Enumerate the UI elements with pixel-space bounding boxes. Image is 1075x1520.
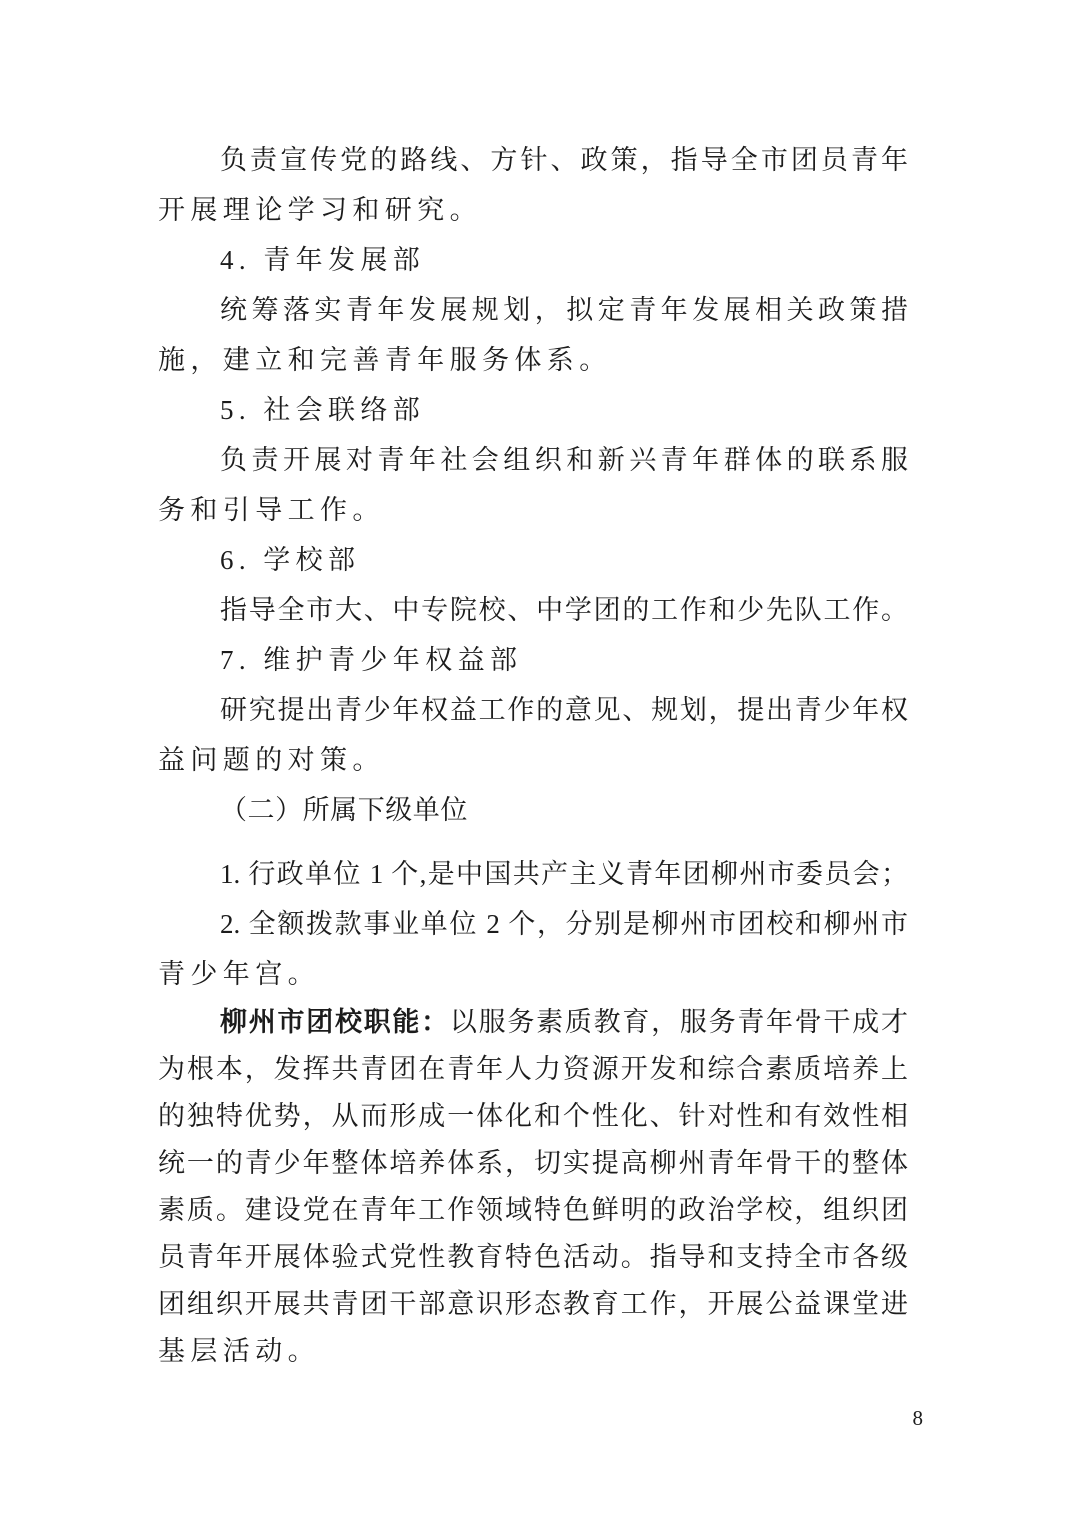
text-line: 素质。建设党在青年工作领域特色鲜明的政治学校，组织团 [158, 1187, 908, 1234]
text-line: 益问题的对策。 [158, 735, 908, 785]
text-line: 青少年宫。 [158, 949, 908, 999]
text-line: 为根本，发挥共青团在青年人力资源开发和综合素质培养上 [158, 1046, 908, 1093]
text-line: 4. 青年发展部 [158, 235, 908, 285]
text-line: 6. 学校部 [158, 535, 908, 585]
text-line: 负责开展对青年社会组织和新兴青年群体的联系服 [158, 435, 908, 485]
text-line: 1. 行政单位 1 个,是中国共产主义青年团柳州市委员会； [158, 849, 908, 899]
text-line: 7. 维护青少年权益部 [158, 635, 908, 685]
text-line: 务和引导工作。 [158, 485, 908, 535]
text-line: 柳州市团校职能：以服务素质教育，服务青年骨干成才 [158, 999, 908, 1046]
bold-lead-text: 柳州市团校职能： [220, 1007, 450, 1037]
text-line: 基层活动。 [158, 1328, 908, 1375]
text-line: 统筹落实青年发展规划，拟定青年发展相关政策措 [158, 285, 908, 335]
document-page: 负责宣传党的路线、方针、政策，指导全市团员青年开展理论学习和研究。4. 青年发展… [0, 0, 1075, 1520]
text-line: 2. 全额拨款事业单位 2 个，分别是柳州市团校和柳州市 [158, 899, 908, 949]
page-number: 8 [883, 1404, 923, 1432]
text-line: 员青年开展体验式党性教育特色活动。指导和支持全市各级 [158, 1234, 908, 1281]
text-line: （二）所属下级单位 [158, 785, 908, 835]
text-line: 团组织开展共青团干部意识形态教育工作，开展公益课堂进 [158, 1281, 908, 1328]
text-line: 5. 社会联络部 [158, 385, 908, 435]
text-line: 负责宣传党的路线、方针、政策，指导全市团员青年 [158, 135, 908, 185]
text-line: 指导全市大、中专院校、中学团的工作和少先队工作。 [158, 585, 908, 635]
document-body: 负责宣传党的路线、方针、政策，指导全市团员青年开展理论学习和研究。4. 青年发展… [158, 0, 908, 1375]
text-line: 研究提出青少年权益工作的意见、规划，提出青少年权 [158, 685, 908, 735]
text-line: 开展理论学习和研究。 [158, 185, 908, 235]
text-line: 统一的青少年整体培养体系，切实提高柳州青年骨干的整体 [158, 1140, 908, 1187]
text-line: 施，建立和完善青年服务体系。 [158, 335, 908, 385]
text-line: 的独特优势，从而形成一体化和个性化、针对性和有效性相 [158, 1093, 908, 1140]
